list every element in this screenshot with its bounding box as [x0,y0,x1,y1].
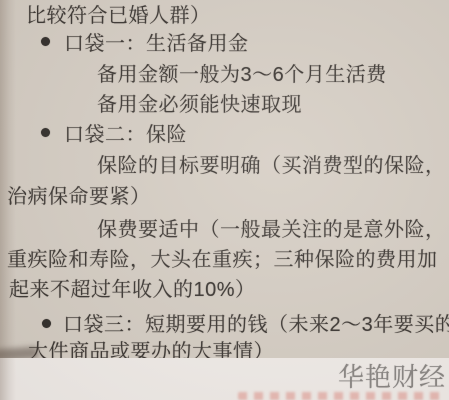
text-line: 治病保命要紧） [7,184,151,210]
bullet-dot [41,128,50,137]
text-line: 起来不超过年收入的10%） [9,277,256,303]
photo-note-page: 比较符合已婚人群） 口袋一：生活备用金 备用金额一般为3～6个月生活费 备用金必… [0,0,449,400]
text-line: 备用金额一般为3～6个月生活费 [97,62,387,88]
list-item-pocket-1: 口袋一：生活备用金 [64,31,249,57]
text-line: 备用金必须能快速取现 [97,92,302,118]
text-line: 保费要适中（一般最关注的是意外险， [97,217,446,243]
bullet-dot [41,37,50,46]
text-line: 比较符合已婚人群） [26,3,211,29]
publisher-watermark: 华艳财经 [338,362,446,392]
bullet-dot [42,319,51,328]
list-item-pocket-3: 口袋三：短期要用的钱（未来2～3年要买的 [63,312,449,338]
text-line: 保险的目标要明确（买消费型的保险， [97,153,446,179]
text-line: 重疾险和寿险，大头在重疾；三种保险的费用加 [7,247,438,273]
cutoff-watermark-remnant [238,392,443,400]
list-item-pocket-2: 口袋二：保险 [64,122,187,148]
